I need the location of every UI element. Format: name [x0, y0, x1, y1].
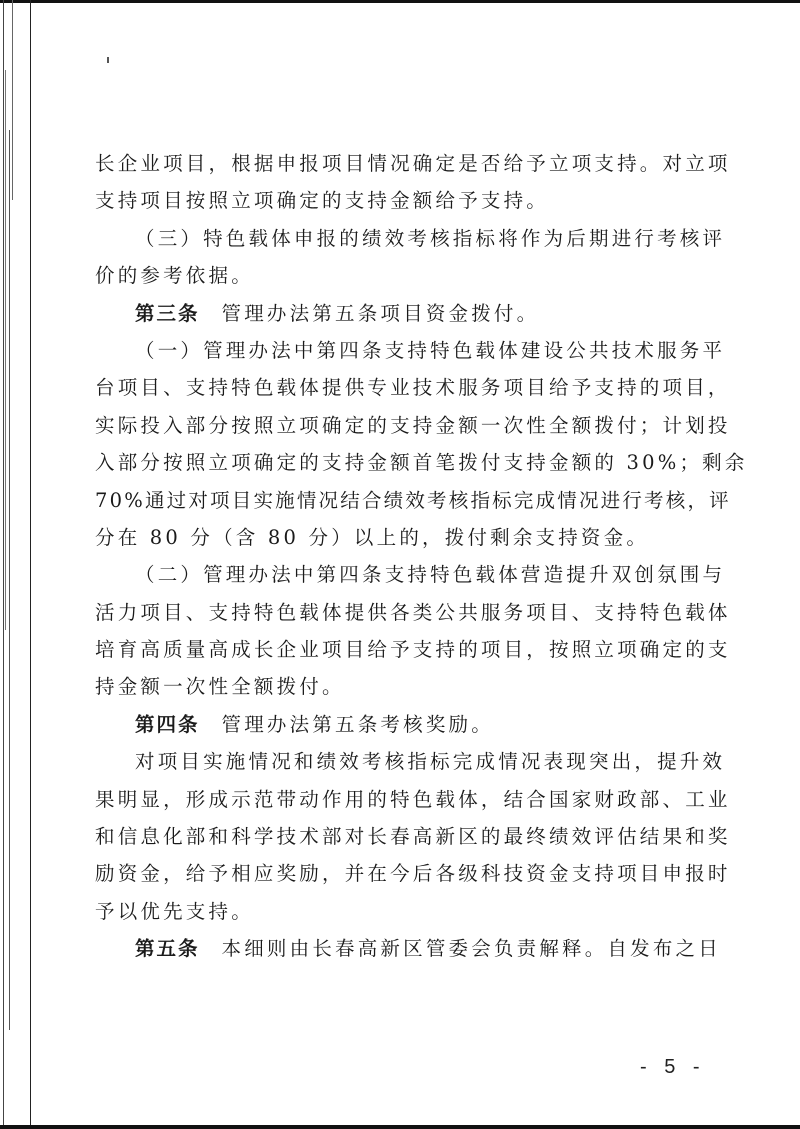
text-line: 和信息化部和科学技术部对长春高新区的最终绩效评估结果和奖 [95, 818, 707, 855]
text-line: （二）管理办法中第四条支持特色载体营造提升双创氛围与 [95, 556, 707, 593]
article-title: 本细则由长春高新区管委会负责解释。自发布之日 [222, 937, 721, 960]
scan-bottom-border [0, 1125, 800, 1129]
scan-edge-line [30, 0, 31, 1129]
text-line: 支持项目按照立项确定的支持金额给予支持。 [95, 182, 707, 219]
text-line: 价的参考依据。 [95, 257, 707, 294]
text-line: 入部分按照立项确定的支持金额首笔拨付支持金额的 30%；剩余 [95, 444, 707, 481]
scan-edge-line [12, 0, 13, 200]
article-3-heading: 第三条管理办法第五条项目资金拨付。 [95, 295, 707, 332]
text-line: 培育高质量高成长企业项目给予支持的项目，按照立项确定的支 [95, 631, 707, 668]
article-5-heading: 第五条本细则由长春高新区管委会负责解释。自发布之日 [95, 930, 707, 967]
article-4-heading: 第四条管理办法第五条考核奖励。 [95, 706, 707, 743]
paragraph-4-1: 对项目实施情况和绩效考核指标完成情况表现突出，提升效 果明显，形成示范带动作用的… [95, 743, 707, 930]
article-number: 第三条 [135, 302, 200, 325]
text-line: 长企业项目，根据申报项目情况确定是否给予立项支持。对立项 [95, 145, 707, 182]
article-title: 管理办法第五条项目资金拨付。 [222, 302, 540, 325]
text-line: 实际投入部分按照立项确定的支持金额一次性全额拨付；计划投 [95, 407, 707, 444]
text-line: 予以优先支持。 [95, 893, 707, 930]
scan-top-border [0, 0, 800, 3]
text-line: （一）管理办法中第四条支持特色载体建设公共技术服务平 [95, 332, 707, 369]
article-title: 管理办法第五条考核奖励。 [222, 713, 494, 736]
text-line: 励资金，给予相应奖励，并在今后各级科技资金支持项目申报时 [95, 855, 707, 892]
text-line: 持金额一次性全额拨付。 [95, 668, 707, 705]
scan-edge-line [3, 0, 4, 1129]
text-line: 对项目实施情况和绩效考核指标完成情况表现突出，提升效 [95, 743, 707, 780]
text-line: 活力项目、支持特色载体提供各类公共服务项目、支持特色载体 [95, 594, 707, 631]
text-line: 70%通过对项目实施情况结合绩效考核指标完成情况进行考核，评 [95, 482, 707, 519]
paragraph-3-1: （一）管理办法中第四条支持特色载体建设公共技术服务平 台项目、支持特色载体提供专… [95, 332, 707, 556]
article-number: 第五条 [135, 937, 200, 960]
page-number: - 5 - [640, 1056, 706, 1079]
text-line: 台项目、支持特色载体提供专业技术服务项目给予支持的项目， [95, 369, 707, 406]
text-line: 分在 80 分（含 80 分）以上的，拨付剩余支持资金。 [95, 519, 707, 556]
paragraph-continuation: 长企业项目，根据申报项目情况确定是否给予立项支持。对立项 支持项目按照立项确定的… [95, 145, 707, 220]
text-line: 果明显，形成示范带动作用的特色载体，结合国家财政部、工业 [95, 781, 707, 818]
article-number: 第四条 [135, 713, 200, 736]
scan-edge-line [5, 70, 6, 630]
scan-speck [107, 57, 109, 63]
scan-edge-line [9, 130, 10, 1030]
document-body: 长企业项目，根据申报项目情况确定是否给予立项支持。对立项 支持项目按照立项确定的… [95, 145, 707, 968]
text-line: （三）特色载体申报的绩效考核指标将作为后期进行考核评 [95, 220, 707, 257]
paragraph-3-2: （二）管理办法中第四条支持特色载体营造提升双创氛围与 活力项目、支持特色载体提供… [95, 556, 707, 706]
paragraph-item-3: （三）特色载体申报的绩效考核指标将作为后期进行考核评 价的参考依据。 [95, 220, 707, 295]
